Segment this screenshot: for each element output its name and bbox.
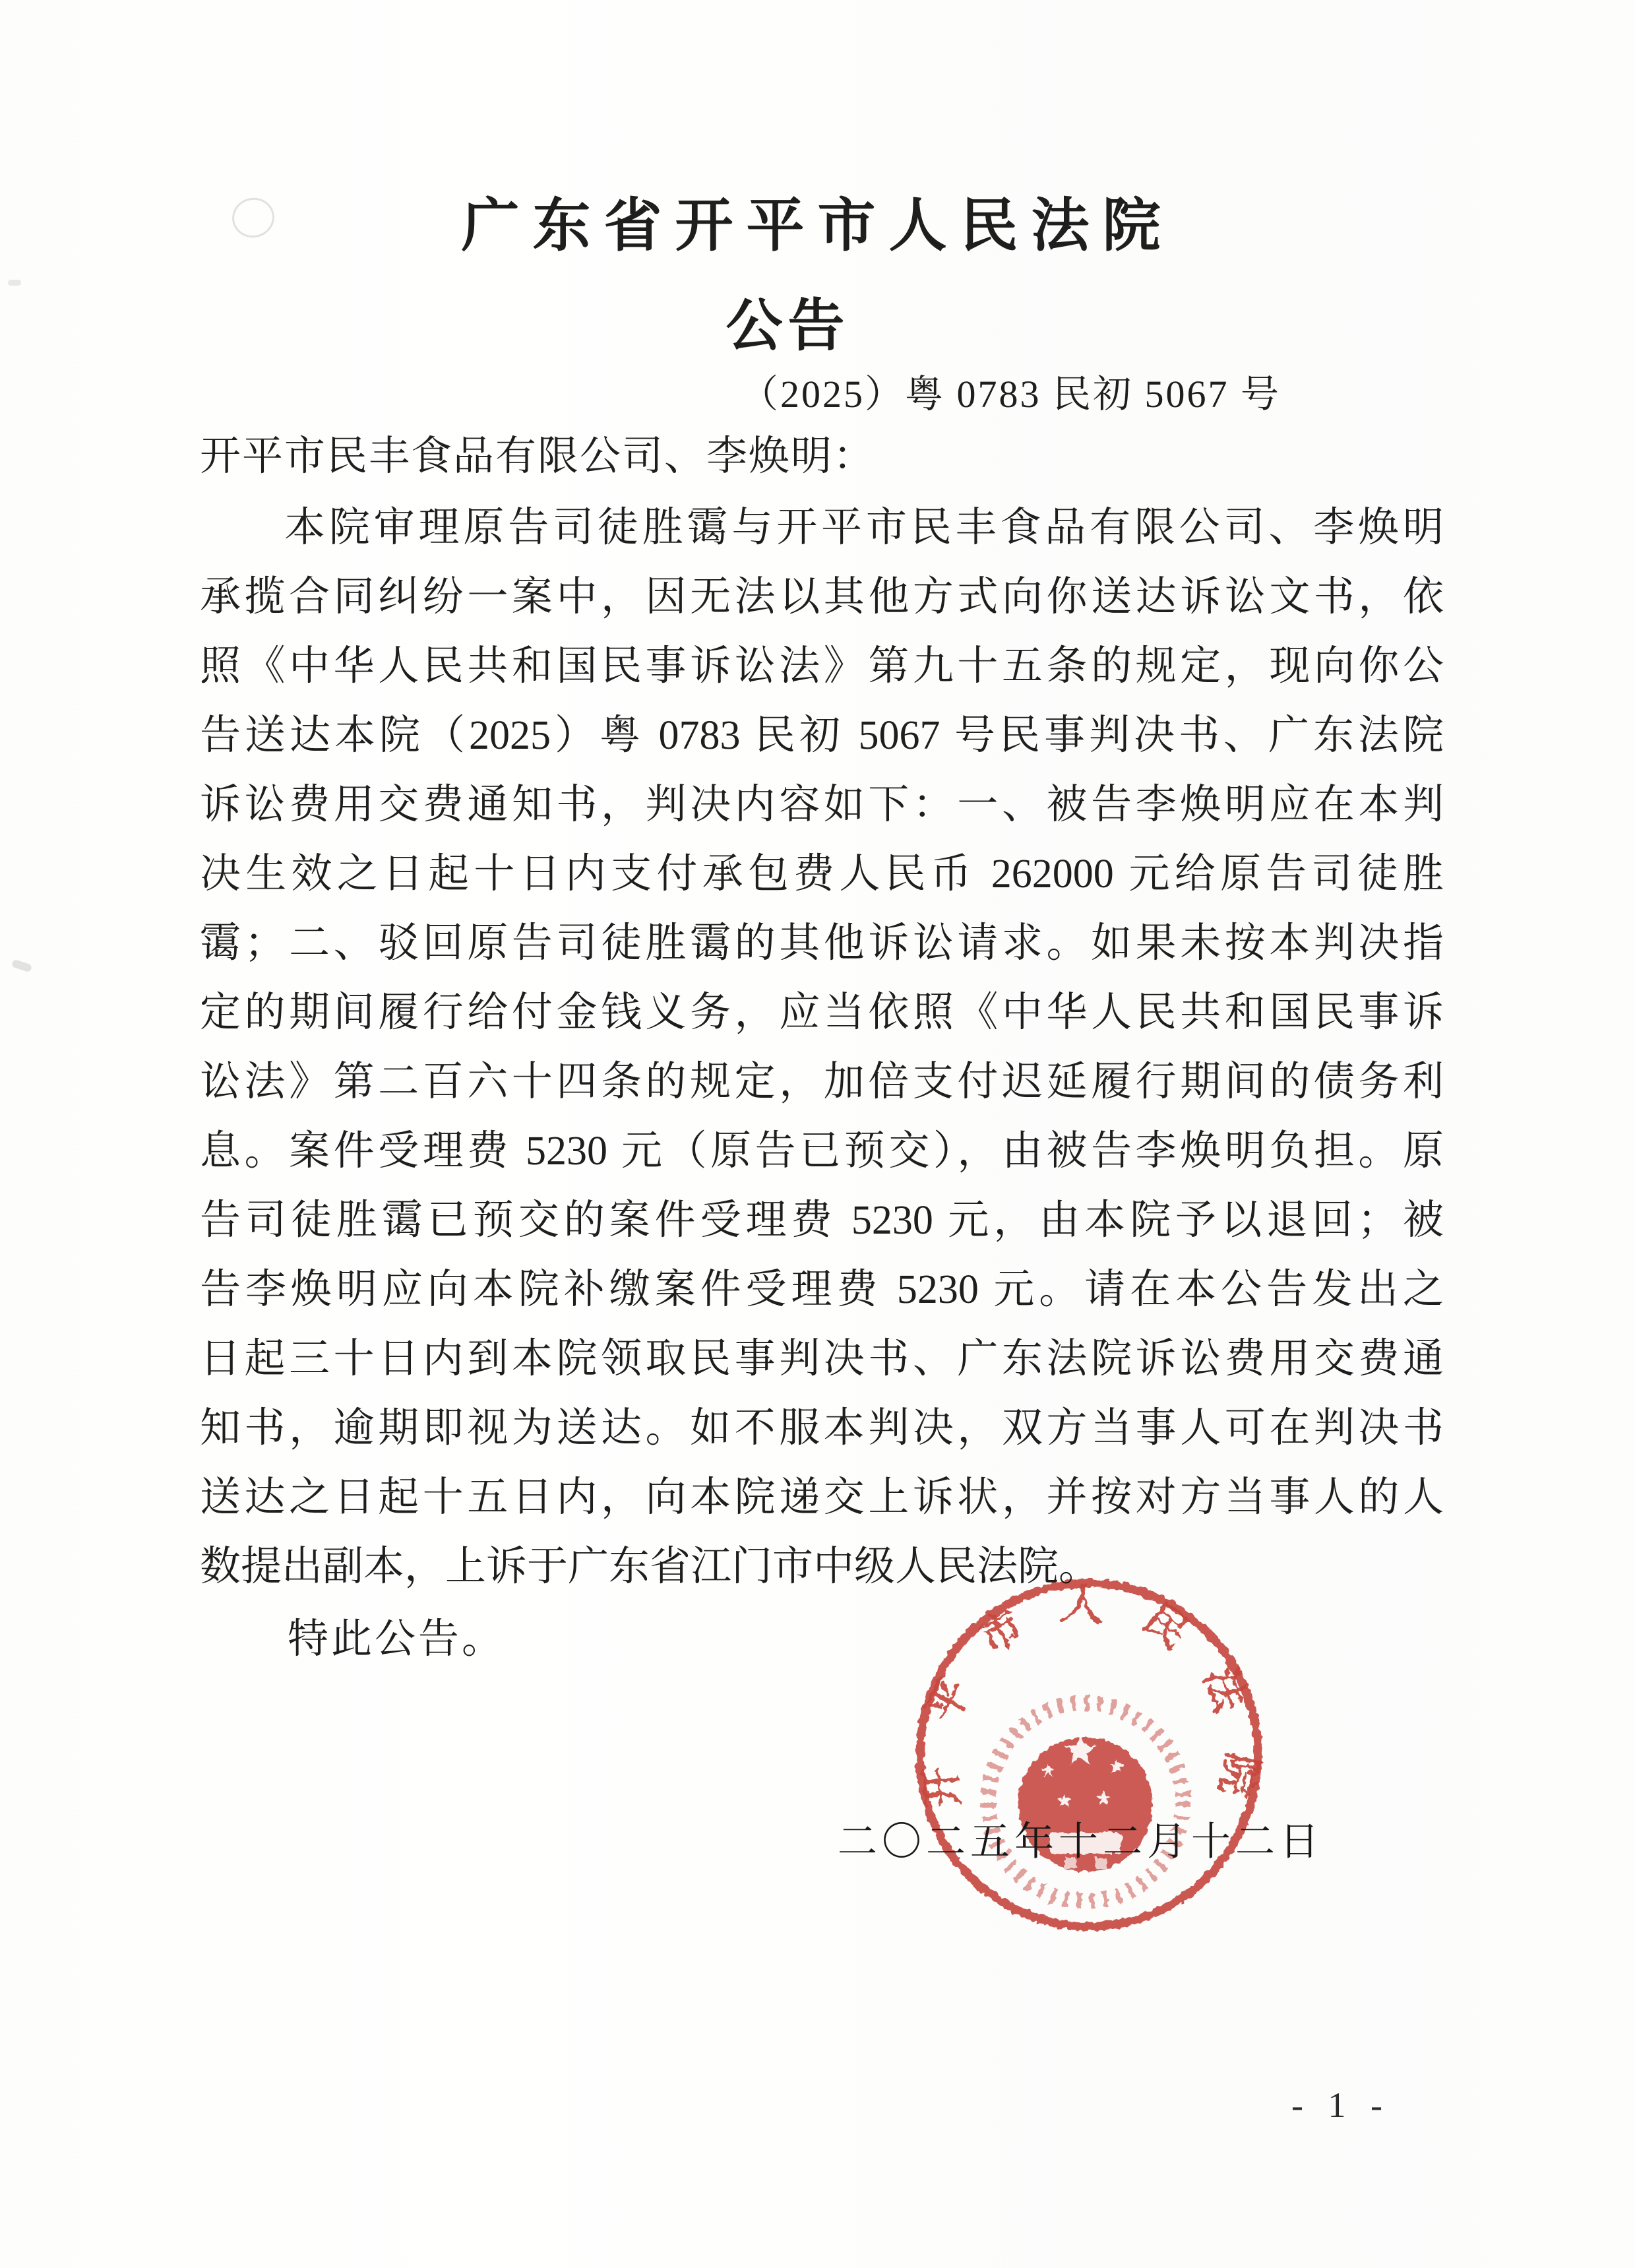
body-line: 送达之日起十五日内，向本院递交上诉状，并按对方当事人的人 [200,1463,1444,1532]
case-number: （2025）粤 0783 民初 5067 号 [740,363,1281,418]
body-line: 霭；二、驳回原告司徒胜霭的其他诉讼请求。如果未按本判决指 [200,909,1444,978]
page-title: 广东省开平市人民法院 [0,179,1635,263]
body-line: 讼法》第二百六十四条的规定，加倍支付迟延履行期间的债务利 [200,1048,1444,1117]
national-emblem-icon [988,1703,1183,1901]
body-line: 日起三十日内到本院领取民事判决书、广东法院诉讼费用交费通 [200,1325,1444,1394]
body-line: 定的期间履行给付金钱义务，应当依照《中华人民共和国民事诉 [200,978,1444,1048]
body-line: 告送达本院（2025）粤 0783 民初 5067 号民事判决书、广东法院 [200,701,1444,771]
addressee-line: 开平市民丰食品有限公司、李焕明： [200,423,875,482]
issue-date: 二〇二五年十二月十二日 [838,1810,1324,1867]
body-line: 照《中华人民共和国民事诉讼法》第九十五条的规定，现向你公 [200,632,1444,701]
body-line: 告司徒胜霭已预交的案件受理费 5230 元，由本院予以退回；被 [200,1186,1444,1255]
doc-subtitle: 公告 [0,280,1605,362]
body-line: 决生效之日起十日内支付承包费人民币 262000 元给原告司徒胜 [200,840,1444,909]
body-line: 告李焕明应向本院补缴案件受理费 5230 元。请在本公告发出之 [200,1255,1444,1325]
seal-graphic: 开平市人民法院 [914,1579,1264,1926]
closing-statement: 特此公告。 [288,1606,505,1664]
body-paragraph: 本院审理原告司徒胜霭与开平市民丰食品有限公司、李焕明承揽合同纠纷一案中，因无法以… [200,493,1444,1602]
body-line: 本院审理原告司徒胜霭与开平市民丰食品有限公司、李焕明 [200,493,1444,563]
body-line: 知书，逾期即视为送达。如不服本判决，双方当事人可在判决书 [200,1394,1444,1463]
body-line: 息。案件受理费 5230 元（原告已预交），由被告李焕明负担。原 [200,1117,1444,1186]
scan-artifact-speck [11,959,32,973]
body-line: 承揽合同纠纷一案中，因无法以其他方式向你送达诉讼文书，依 [200,563,1444,632]
body-line: 诉讼费用交费通知书，判决内容如下：一、被告李焕明应在本判 [200,771,1444,840]
page-number: - 1 - [1291,2085,1390,2126]
court-seal-stamp: 开平市人民法院 [914,1578,1264,1932]
announcement-document: 广东省开平市人民法院 公告 （2025）粤 0783 民初 5067 号 开平市… [0,0,1635,2268]
